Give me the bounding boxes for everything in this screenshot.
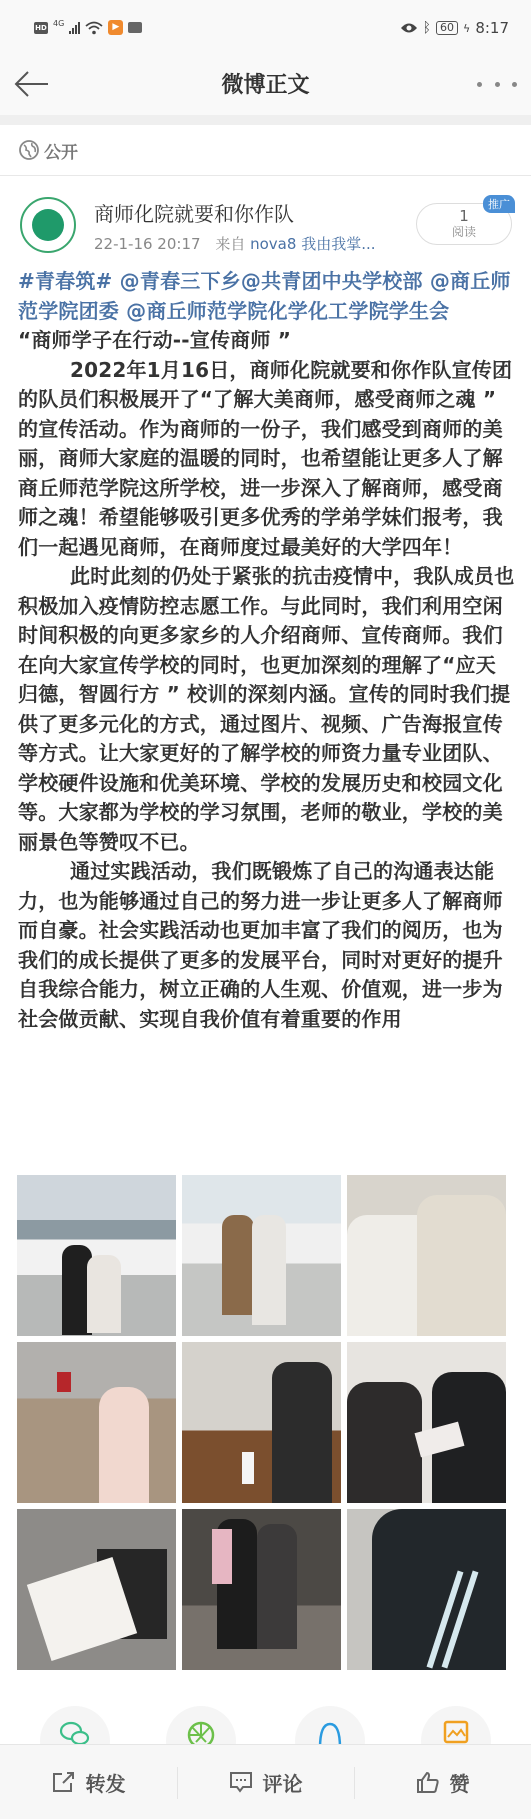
read-label: 阅读 xyxy=(417,225,511,239)
photo-1[interactable] xyxy=(17,1175,176,1336)
photo-4[interactable] xyxy=(17,1342,176,1503)
photo-5[interactable] xyxy=(182,1342,341,1503)
post-meta: 22-1-16 20:17 来自 nova8 我由我掌... xyxy=(94,233,376,254)
photo-2[interactable] xyxy=(182,1175,341,1336)
app-notification-icon-2 xyxy=(128,22,142,33)
thumbs-up-icon xyxy=(416,1771,440,1793)
status-right: ᛒ 60 ϟ 8:17 xyxy=(400,19,509,37)
visibility-row: 公开 xyxy=(0,125,531,176)
more-dots-icon xyxy=(477,82,482,87)
action-bar: 转发 评论 赞 xyxy=(0,1744,531,1819)
bluetooth-icon: ᛒ xyxy=(423,20,431,36)
avatar[interactable] xyxy=(20,197,76,253)
promo-badge[interactable]: 推广 xyxy=(483,195,515,213)
visibility-label: 公开 xyxy=(44,138,78,163)
photo-7[interactable] xyxy=(17,1509,176,1670)
hd-icon: HD xyxy=(34,22,48,34)
dot xyxy=(512,82,517,87)
wechat-icon xyxy=(59,1720,91,1746)
photo-6[interactable] xyxy=(347,1342,506,1503)
photo-grid xyxy=(17,1175,514,1670)
photo-8[interactable] xyxy=(182,1509,341,1670)
repost-button[interactable]: 转发 xyxy=(0,1745,177,1819)
signal-icon xyxy=(69,22,80,34)
app-notification-icon: ▶ xyxy=(108,20,123,35)
share-targets xyxy=(0,1706,531,1746)
nav-header: 微博正文 xyxy=(0,52,531,115)
post-timestamp: 22-1-16 20:17 xyxy=(94,235,201,253)
topic-mentions[interactable]: #青春筑# @青春三下乡@共青团中央学校部 @商丘师范学院团委 @商丘师范学院化… xyxy=(18,267,515,326)
image-icon xyxy=(443,1720,469,1744)
like-button[interactable]: 赞 xyxy=(354,1745,531,1819)
post-body: #青春筑# @青春三下乡@共青团中央学校部 @商丘师范学院团委 @商丘师范学院化… xyxy=(18,267,515,1034)
network-type: 4G xyxy=(53,19,64,28)
photo-9[interactable] xyxy=(347,1509,506,1670)
repost-icon xyxy=(52,1771,76,1793)
clock: 8:17 xyxy=(475,19,509,37)
status-left: HD 4G ▶ xyxy=(34,20,142,35)
battery-icon: 60 xyxy=(436,21,458,35)
author-block: 商师化院就要和你作队 22-1-16 20:17 来自 nova8 我由我掌..… xyxy=(0,193,531,263)
source-prefix: 来自 xyxy=(215,235,245,253)
author-name[interactable]: 商师化院就要和你作队 xyxy=(94,198,294,227)
wifi-icon xyxy=(85,21,103,35)
paragraph: 通过实践活动，我们既锻炼了自己的沟通表达能力，也为能够通过自己的努力进一步让更多… xyxy=(18,857,515,1034)
divider xyxy=(0,115,531,125)
comment-label: 评论 xyxy=(263,1768,303,1797)
page-title: 微博正文 xyxy=(0,68,531,99)
globe-icon xyxy=(18,139,40,161)
post-source-link[interactable]: nova8 我由我掌... xyxy=(250,235,375,253)
post-title: “商师学子在行动--宣传商师 ” xyxy=(18,326,515,356)
more-button[interactable] xyxy=(477,72,517,96)
status-bar: HD 4G ▶ ᛒ 60 ϟ 8:17 xyxy=(0,0,531,52)
like-label: 赞 xyxy=(450,1768,470,1797)
comment-icon xyxy=(229,1771,253,1793)
eye-icon xyxy=(400,22,418,34)
paragraph: 2022年1月16日，商师化院就要和你作队宣传团的队员们积极展开了“了解大美商师… xyxy=(18,356,515,563)
charging-icon: ϟ xyxy=(463,22,470,35)
photo-3[interactable] xyxy=(347,1175,506,1336)
repost-label: 转发 xyxy=(86,1768,126,1797)
paragraph: 此时此刻的仍处于紧张的抗击疫情中，我队成员也积极加入疫情防控志愿工作。与此同时，… xyxy=(18,562,515,857)
dot xyxy=(495,82,500,87)
avatar-logo xyxy=(32,209,64,241)
comment-button[interactable]: 评论 xyxy=(177,1745,354,1819)
